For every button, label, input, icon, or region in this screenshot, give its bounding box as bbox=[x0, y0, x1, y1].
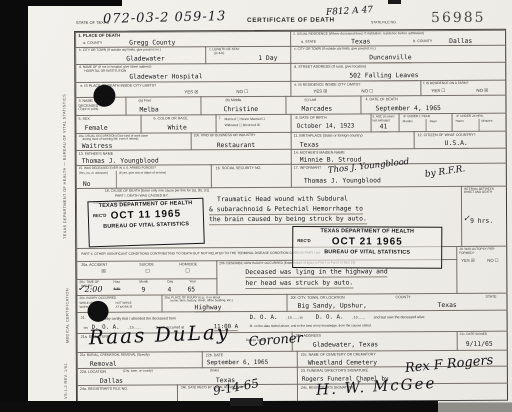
certify-number: 21. bbox=[81, 316, 86, 320]
certify-line-2a: on bbox=[84, 326, 88, 330]
homicide-label: HOMICIDE bbox=[179, 262, 197, 266]
hospital-value: Gladewater Hospital bbox=[129, 73, 202, 80]
certify-line-1a: I hereby certify that I attended the dec… bbox=[98, 316, 176, 321]
residence-city-label: c. CITY OR TOWN (If outside city limits,… bbox=[294, 47, 376, 51]
cell-if-under-1-year: IF UNDER 1 YEAR Months Days bbox=[399, 113, 453, 132]
accident-checkbox-checked: ☒ bbox=[101, 270, 106, 276]
stamp2-date: OCT 21 1965 bbox=[293, 236, 441, 249]
injury-state-label: STATE bbox=[485, 295, 496, 299]
cell-business-industry: 10b. KIND OF BUSINESS OR INDUSTRY Restau… bbox=[191, 132, 292, 151]
funeral-director-label: 23. FUNERAL DIRECTOR'S SIGNATURE bbox=[301, 368, 368, 372]
residence-state-label: a. STATE bbox=[301, 40, 316, 44]
cell-if-under-24-hrs: IF UNDER 24 HRS. Hours Minutes bbox=[452, 113, 507, 132]
city-of-death-value: Gladewater bbox=[126, 55, 165, 62]
date-signed-value: 9/11/65 bbox=[466, 341, 493, 348]
registrar-file-label: 24a. REGISTRAR'S FILE NO. bbox=[80, 387, 128, 391]
autopsy-yes-checkbox: YES ☒ bbox=[461, 259, 474, 264]
informant-label: 17. INFORMANT bbox=[294, 166, 321, 170]
suicide-checkbox: ☐ bbox=[145, 270, 150, 276]
interval-label: INTERVAL BETWEEN ONSET AND DEATH bbox=[464, 188, 504, 195]
handwritten-file-annotation: F812 A 47 bbox=[326, 6, 374, 18]
death-city-limits-no-checkbox: NO ☐ bbox=[236, 89, 248, 94]
cell-marital-status: 7. Married ☐ Never Married ☐ Widowed ☐ D… bbox=[216, 114, 292, 133]
cell-residence-farm: f. IS RESIDENCE ON A FARM? YES ☐ NO ☒ bbox=[420, 80, 506, 96]
place-of-death-section-label: 1. PLACE OF DEATH bbox=[78, 34, 120, 39]
interval-checkmark: ✓ bbox=[463, 215, 470, 223]
certificate-title: CERTIFICATE OF DEATH bbox=[247, 17, 335, 25]
scan-edge-bottom bbox=[0, 401, 438, 412]
death-city-limits-label: e. IS PLACE OF DEATH INSIDE CITY LIMITS? bbox=[80, 84, 156, 89]
cell-last-name: (c) Last Marcades bbox=[285, 95, 361, 114]
residence-city-limits-yes-checkbox: YES ☒ bbox=[313, 89, 327, 94]
cell-accident-suicide-homicide: 20a. ACCIDENT SUICIDE HOMICIDE ☒ ☐ ☐ bbox=[76, 260, 217, 280]
month-value: 9 bbox=[141, 287, 145, 294]
cell-color-or-race: 6. COLOR OR RACE White bbox=[141, 114, 217, 133]
received-stamp-oct-21: TEXAS DEPARTMENT OF HEALTH REC'D OCT 21 … bbox=[292, 226, 442, 269]
father-name-label: 13. FATHER'S NAME bbox=[79, 152, 113, 156]
interval-value: 9 hrs. bbox=[470, 218, 493, 225]
cell-birthplace: 11. BIRTHPLACE (State or foreign country… bbox=[291, 131, 415, 150]
first-name-value: Melba bbox=[139, 106, 158, 113]
certify-mid-1: , 19......, to bbox=[286, 315, 303, 319]
homicide-checkbox: ☐ bbox=[185, 269, 190, 275]
certify-doa-2: D. O. A. bbox=[316, 314, 344, 321]
cell-armed-forces: 15. WAS DECEASED EVER IN U.S. ARMED FORC… bbox=[76, 164, 212, 189]
margin-dept-label: TEXAS DEPARTMENT OF HEALTH — BUREAU OF V… bbox=[63, 59, 68, 239]
cell-burial-type: 22a. BURIAL, CREMATION, REMOVAL (Specify… bbox=[77, 351, 203, 369]
day-label: Day bbox=[167, 280, 173, 284]
under-1-year-days-label: Days bbox=[430, 120, 437, 124]
part-1-label: PART I. DEATH WAS CAUSED BY: bbox=[115, 194, 169, 198]
cell-hospital: d. NAME OF (If not in hospital, give str… bbox=[75, 63, 291, 83]
social-security-label: 16. SOCIAL SECURITY NO. bbox=[216, 166, 262, 170]
county-label: a. COUNTY bbox=[83, 41, 102, 45]
cell-usual-occupation: 10a. USUAL OCCUPATION (Give kind of work… bbox=[76, 132, 192, 151]
describe-injury-line-2: her head was struck by auto. bbox=[245, 279, 353, 288]
address-value: Gladewater, Texas bbox=[313, 341, 378, 348]
scan-edge-top bbox=[0, 0, 122, 6]
hospital-label-2: HOSPITAL OR INSTITUTION bbox=[84, 70, 126, 74]
handwritten-certificate-number: 072-03-2 059-13 bbox=[103, 10, 227, 26]
not-while-at-work-checkbox-checked: AT WORK ☒ bbox=[116, 306, 133, 309]
burial-date-value: September 6, 1965 bbox=[207, 360, 268, 367]
cell-age: 9. AGE (In years last birthday) 41 bbox=[371, 113, 400, 132]
under-24-hrs-hours-label: Hours bbox=[456, 120, 464, 124]
cell-time-of-injury: 20c. TIME OF INJURY Hour Month Day Year … bbox=[76, 278, 217, 296]
cell-length-of-stay: c. LENGTH OF STAY (in 4-b) 1 Day bbox=[205, 46, 291, 64]
cell-autopsy: 19. WAS AUTOPSY PER- FORMED? YES ☒ NO ☐ bbox=[456, 246, 507, 294]
margin-medical-certification-label: MEDICAL CERTIFICATION bbox=[66, 243, 70, 343]
cell-signer-address: 21b. ADDRESS Gladewater, Texas bbox=[292, 331, 458, 352]
under-1-year-months-label: Months bbox=[403, 120, 413, 124]
under-24-hrs-minutes-label: Minutes bbox=[482, 120, 493, 124]
date-of-birth-label: 8. DATE OF BIRTH bbox=[296, 116, 327, 120]
cause-line-2: & subarachnoid & Petechial Hemorrhage to bbox=[209, 205, 363, 214]
hour-label: Hour bbox=[113, 281, 120, 285]
certify-line-1b: and last saw the deceased alive bbox=[374, 315, 425, 319]
accident-label: 20a. ACCIDENT bbox=[81, 263, 107, 267]
death-city-limits-yes-checkbox: YES ☒ bbox=[184, 89, 198, 94]
city-of-death-label: b. CITY OR TOWN (If outside city limits,… bbox=[79, 48, 161, 52]
race-label: 6. COLOR OR RACE bbox=[154, 116, 188, 120]
cell-place-of-injury: 20d. PLACE OF INJURY (e.g., in or about … bbox=[161, 294, 287, 313]
cell-citizen: 12. CITIZEN OF WHAT COUNTRY? U.S.A. bbox=[414, 131, 507, 149]
occupation-value: Waitress bbox=[82, 142, 113, 149]
cell-first-name: (a) First Melba bbox=[125, 96, 201, 115]
cell-street-address: d. STREET ADDRESS (If rural, give locati… bbox=[290, 62, 506, 82]
location-state-sublabel: (State) bbox=[210, 369, 219, 373]
first-name-label: (a) First bbox=[138, 99, 150, 103]
residence-county-label: b. COUNTY bbox=[413, 39, 432, 43]
day-value: 4 bbox=[167, 286, 171, 293]
cell-sex: 5. SEX Female bbox=[76, 115, 142, 134]
scan-tab-bottom-center bbox=[230, 398, 263, 406]
cause-line-3: the brain caused by being struck by auto… bbox=[209, 215, 367, 224]
coroner-title-handwritten: Coroner bbox=[248, 332, 303, 349]
serial-number: 56985 bbox=[431, 11, 486, 25]
middle-name-label: (b) Middle bbox=[225, 98, 241, 102]
birthplace-label: 11. BIRTHPLACE (State or foreign country… bbox=[294, 133, 363, 137]
injury-city-label: 20f. CITY, TOWN, OR LOCATION bbox=[290, 296, 344, 300]
marital-row-2-divorced-checked: Widowed ☐ Divorced ☒ bbox=[225, 124, 260, 128]
residence-city-limits-no-checkbox: NO ☐ bbox=[361, 88, 373, 93]
hole-punch-top bbox=[93, 85, 115, 107]
date-of-birth-value: October 14, 1923 bbox=[297, 123, 355, 130]
burial-type-label: 22a. BURIAL, CREMATION, REMOVAL (Specify… bbox=[80, 354, 150, 358]
middle-name-value: Christine bbox=[223, 105, 258, 112]
year-label: Year bbox=[189, 280, 195, 284]
name-section-label-3: (Type or print) bbox=[78, 108, 98, 112]
cell-date-of-birth: 8. DATE OF BIRTH October 14, 1923 bbox=[291, 113, 372, 132]
residence-farm-no-checkbox: NO ☒ bbox=[476, 88, 488, 93]
residence-city-limits-label: e. IS RESIDENCE INSIDE CITY LIMITS? bbox=[294, 82, 360, 86]
date-of-death-value: September 4, 1965 bbox=[375, 105, 440, 112]
autopsy-label-2: FORMED? bbox=[459, 252, 474, 256]
received-stamp-oct-11: TEXAS DEPARTMENT OF HEALTH REC'D OCT 11 … bbox=[87, 198, 204, 248]
cell-date-signed: 21c. DATE SIGNED 9/11/65 bbox=[457, 331, 508, 351]
location-label: 22d. LOCATION bbox=[80, 370, 106, 374]
residence-farm-label: f. IS RESIDENCE ON A FARM? bbox=[423, 82, 468, 86]
father-name-value: Thomas J. Youngblood bbox=[82, 157, 159, 164]
cell-interval-onset-death: INTERVAL BETWEEN ONSET AND DEATH ✓ 9 hrs… bbox=[461, 186, 507, 247]
burial-date-label: 22b. DATE bbox=[206, 353, 223, 357]
month-label: Month bbox=[139, 281, 148, 285]
armed-forces-sublabel-2: (If yes, give war or dates of service) bbox=[119, 171, 166, 175]
hour-value-handwritten: 2:00 bbox=[84, 286, 102, 294]
margin-form-number: VS-1.2 REV. 1/61 bbox=[65, 341, 69, 399]
death-certificate-scan: TEXAS DEPARTMENT OF HEALTH — BUREAU OF V… bbox=[0, 0, 512, 412]
state-file-no-label: STATE FILE NO. bbox=[371, 21, 397, 25]
street-address-label: d. STREET ADDRESS (If rural, give locati… bbox=[294, 64, 366, 69]
business-value: Restaurant bbox=[217, 142, 256, 149]
last-name-label: (c) Last bbox=[304, 98, 316, 102]
last-name-value: Marcades bbox=[301, 105, 332, 112]
citizen-label: 12. CITIZEN OF WHAT COUNTRY? bbox=[418, 133, 476, 137]
scanned-form: TEXAS DEPARTMENT OF HEALTH — BUREAU OF V… bbox=[0, 0, 512, 412]
sex-value: Female bbox=[85, 125, 108, 132]
part-2-label: PART II. OTHER SIGNIFICANT CONDITIONS CO… bbox=[81, 252, 320, 257]
location-city-sublabel: (City, town, or county) bbox=[123, 370, 153, 374]
coroner-signature-handwritten: Raas DuLay bbox=[88, 322, 230, 348]
describe-injury-line-1: Deceased was lying in the highway and bbox=[245, 268, 387, 277]
sex-label: 5. SEX bbox=[79, 117, 90, 121]
armed-forces-sublabel-1: (Yes, no, or unknown) bbox=[79, 172, 108, 176]
year-value: 65 bbox=[187, 286, 195, 293]
county-value: Gregg County bbox=[129, 39, 175, 46]
cell-social-security: 16. SOCIAL SECURITY NO. bbox=[211, 164, 292, 188]
stamp1-date: OCT 11 1965 bbox=[89, 208, 203, 224]
certify-mid-2: , 19......, bbox=[352, 315, 365, 319]
ampm-struck: A.M. bbox=[113, 288, 120, 292]
cell-date-of-death: 4. DATE OF DEATH September 4, 1965 bbox=[360, 95, 506, 115]
scan-mark-top-right bbox=[388, 0, 401, 4]
date-of-death-label: 4. DATE OF DEATH bbox=[365, 97, 397, 101]
cell-burial-date: 22b. DATE September 6, 1965 bbox=[202, 351, 298, 369]
stamp2-bureau-line: BUREAU OF VITAL STATISTICS bbox=[293, 249, 441, 257]
cemetery-label: 22c. NAME OF CEMETERY OR CREMATORY bbox=[301, 352, 376, 357]
scan-edge-bottom-gray bbox=[438, 403, 512, 412]
suicide-label: SUICIDE bbox=[139, 263, 154, 267]
date-signed-label: 21c. DATE SIGNED bbox=[460, 333, 487, 337]
location-city-value: Dallas bbox=[100, 377, 123, 384]
certify-doa-1: D. O. A. bbox=[250, 314, 278, 321]
usual-residence-section-label: 2. USUAL RESIDENCE (Where deceased lived… bbox=[293, 32, 424, 36]
cause-line-1: Traumatic Head wound with Subdural bbox=[217, 196, 348, 204]
hole-punch-bottom bbox=[87, 301, 108, 322]
cell-middle-name: (b) Middle Christine bbox=[200, 96, 286, 115]
cell-city-of-death: b. CITY OR TOWN (If outside city limits,… bbox=[75, 46, 206, 65]
injury-county-label: COUNTY bbox=[395, 295, 410, 299]
scan-edge-left bbox=[0, 0, 28, 412]
informant-typed-value: Thomas J. Youngblood bbox=[304, 177, 381, 184]
armed-forces-divider bbox=[116, 171, 117, 189]
autopsy-no-checkbox: NO ☐ bbox=[487, 259, 498, 264]
marital-number-label: 7. bbox=[219, 116, 222, 120]
certify-line-2c: M. on the date stated above, and to the … bbox=[250, 324, 372, 328]
length-of-stay-value: 1 Day bbox=[258, 55, 277, 62]
mother-name-label: 14. MOTHER'S MAIDEN NAME bbox=[294, 151, 345, 155]
length-of-stay-label-2: (in 4-b) bbox=[214, 52, 224, 56]
race-value: White bbox=[168, 124, 187, 131]
business-label: 10b. KIND OF BUSINESS OR INDUSTRY bbox=[194, 134, 256, 138]
marital-row-1: Married ☐ Never Married ☐ bbox=[225, 118, 266, 122]
residence-farm-yes-checkbox: YES ☐ bbox=[431, 88, 445, 93]
